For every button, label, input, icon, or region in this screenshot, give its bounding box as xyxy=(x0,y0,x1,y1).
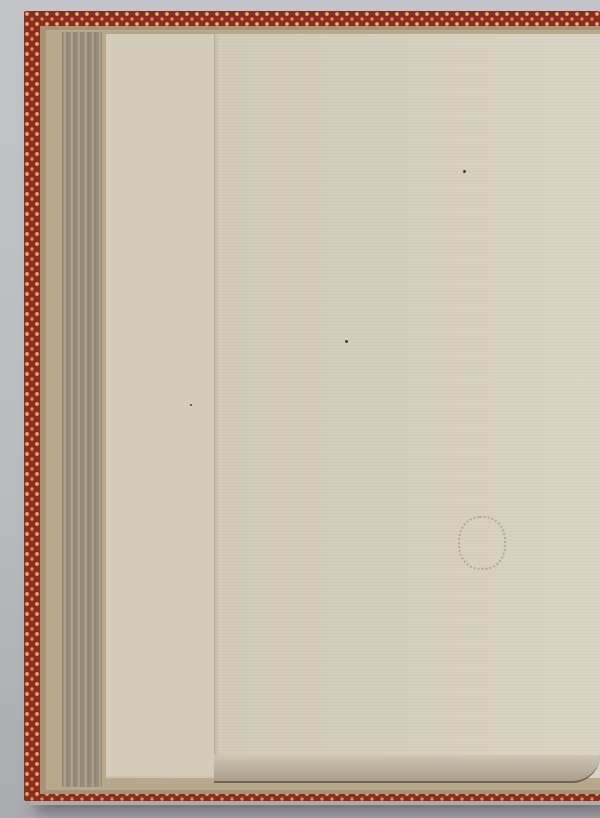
ink-spot xyxy=(190,404,192,406)
page-bottom-curl xyxy=(214,755,600,783)
text-line xyxy=(222,574,592,606)
library-stamp xyxy=(458,516,506,570)
text-line xyxy=(222,542,592,574)
text-line xyxy=(222,350,592,382)
text-line xyxy=(222,382,592,414)
text-line xyxy=(222,318,592,350)
text-line xyxy=(222,126,592,158)
text-line xyxy=(222,638,592,670)
text-line xyxy=(222,606,592,638)
folded-guard-leaf xyxy=(106,34,215,776)
text-line xyxy=(222,414,592,446)
ink-spot xyxy=(463,170,466,173)
text-line xyxy=(222,158,592,190)
text-line xyxy=(222,478,592,510)
text-line xyxy=(222,286,592,318)
text-line xyxy=(222,254,592,286)
text-line xyxy=(222,222,592,254)
page-edges xyxy=(62,32,102,787)
ink-spot xyxy=(345,340,348,343)
text-line xyxy=(222,446,592,478)
text-line xyxy=(222,190,592,222)
text-line xyxy=(222,510,592,542)
bleed-through-text xyxy=(222,126,592,670)
